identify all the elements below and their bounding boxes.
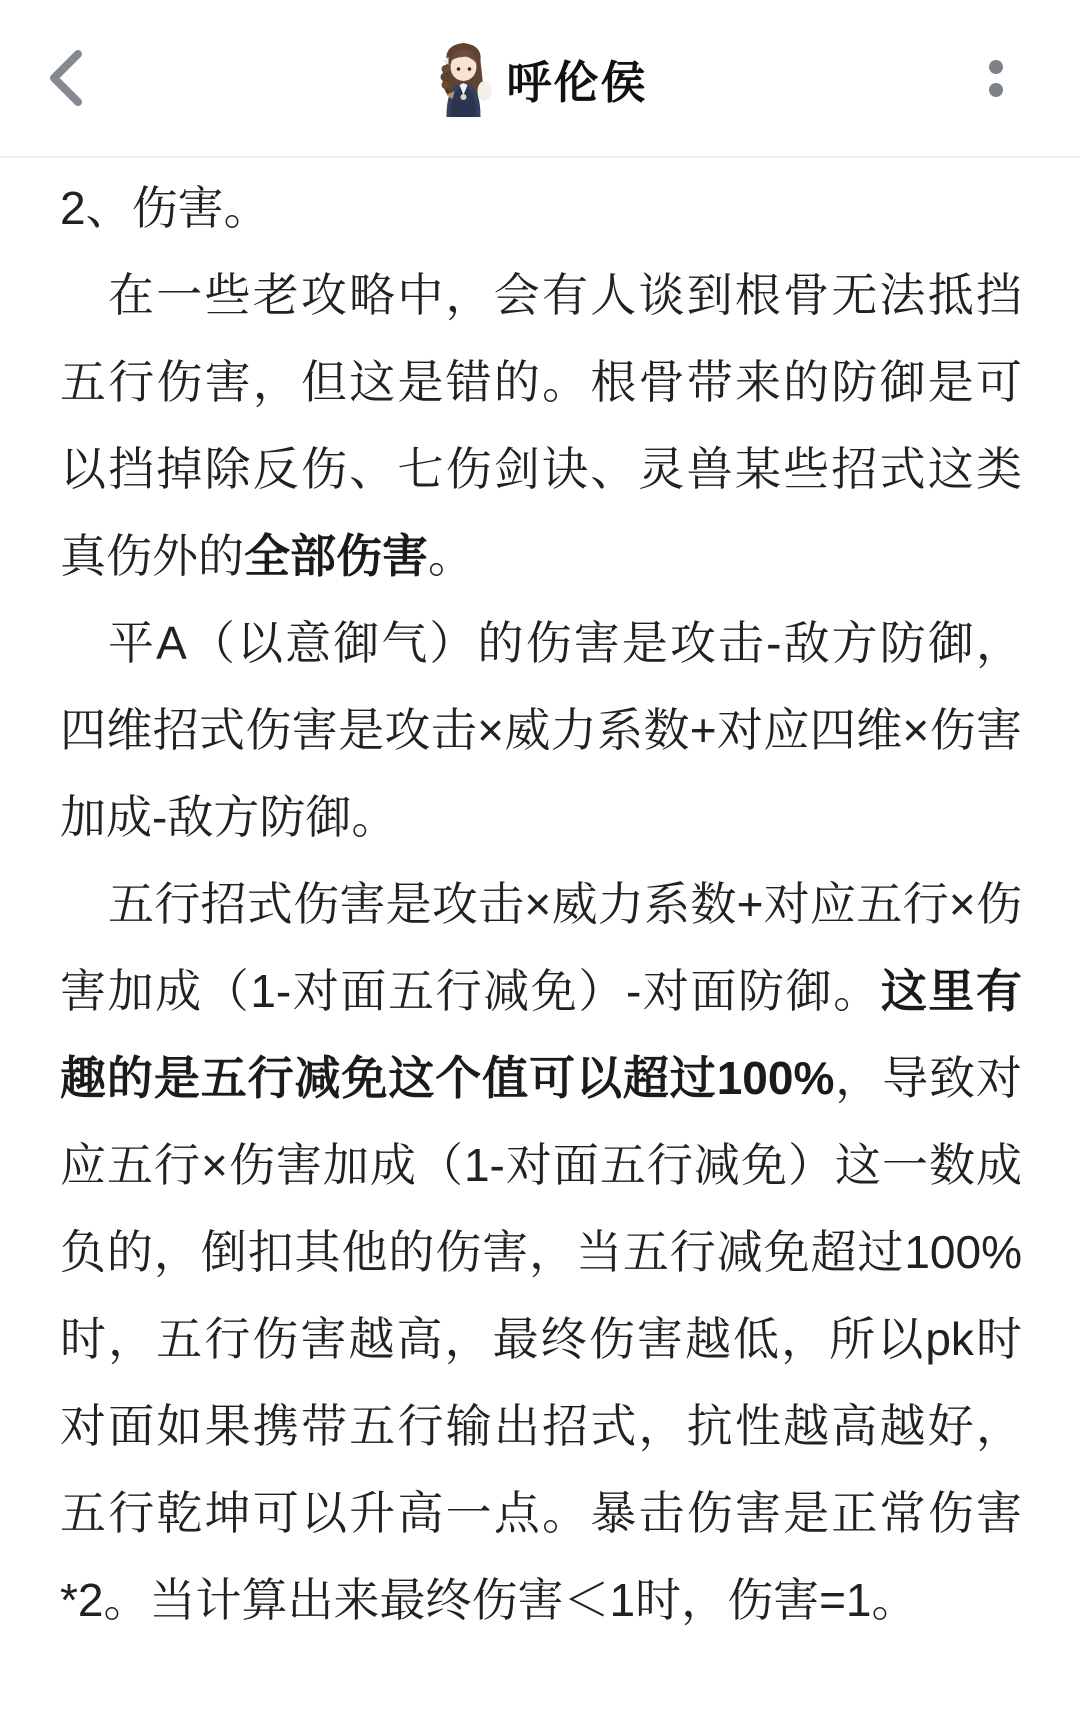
more-menu-button[interactable] [974,38,1018,118]
paragraph: 平A（以意御气）的伤害是攻击-敌方防御，四维招式伤害是攻击×威力系数+对应四维×… [60,600,1022,861]
top-navigation-bar: 呼伦侯 [0,0,1080,158]
text-segment: 2、伤害。 [60,182,270,234]
back-button[interactable] [34,38,98,118]
user-avatar [432,39,494,117]
text-segment: ，导致对应五行×伤害加成（1-对面五行减免）这一数成负的，倒扣其他的伤害，当五行… [60,1052,1022,1626]
article-body: 2、伤害。在一些老攻略中，会有人谈到根骨无法抵挡五行伤害，但这是错的。根骨带来的… [0,158,1080,1644]
text-segment: 。 [428,530,474,582]
paragraph: 五行招式伤害是攻击×威力系数+对应五行×伤害加成（1-对面五行减免）-对面防御。… [60,861,1022,1644]
text-segment: 五行招式伤害是攻击×威力系数+对应五行×伤害加成（1-对面五行减免）-对面防御。 [60,878,1022,1017]
vertical-dots-icon [989,60,1003,97]
page: 呼伦侯 2、伤害。在一些老攻略中，会有人谈到根骨无法抵挡五行伤害，但这是错的。根… [0,0,1080,1731]
text-segment: 平A（以意御气）的伤害是攻击-敌方防御，四维招式伤害是攻击×威力系数+对应四维×… [60,617,1022,843]
contact-title-group[interactable]: 呼伦侯 [432,39,647,117]
page-title: 呼伦侯 [506,46,647,111]
chevron-left-icon [46,48,86,108]
text-segment: 在一些老攻略中，会有人谈到根骨无法抵挡五行伤害，但这是错的。根骨带来的防御是可以… [60,269,1022,582]
paragraph: 在一些老攻略中，会有人谈到根骨无法抵挡五行伤害，但这是错的。根骨带来的防御是可以… [60,252,1022,600]
text-segment-bold: 全部伤害 [244,530,428,582]
paragraph: 2、伤害。 [60,165,1022,252]
